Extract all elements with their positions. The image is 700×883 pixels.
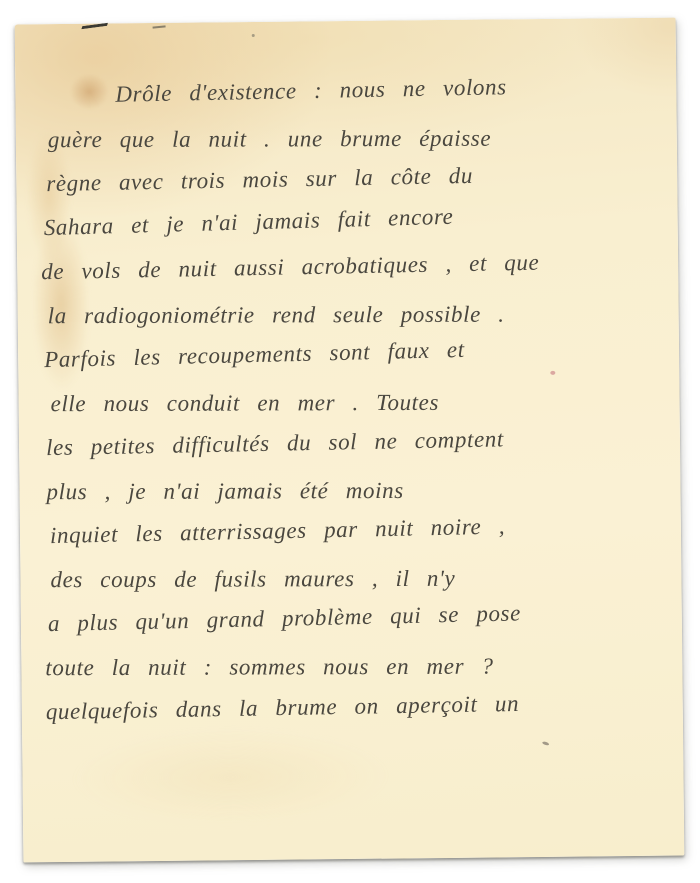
letter-page: Drôle d'existence : nous ne volons guère… [15, 18, 685, 863]
handwriting-line: quelquefois dans la brume on aperçoit un [45, 679, 668, 734]
ink-smudge-top-edge-1 [79, 23, 108, 36]
handwriting-line: Drôle d'existence : nous ne volons [39, 62, 662, 118]
scan-background: Drôle d'existence : nous ne volons guère… [0, 0, 700, 883]
letter-body: Drôle d'existence : nous ne volons guère… [39, 68, 668, 734]
ink-smudge-top-edge-2 [153, 25, 166, 30]
ink-dot-top-edge [252, 34, 255, 37]
ink-speck [542, 741, 550, 746]
